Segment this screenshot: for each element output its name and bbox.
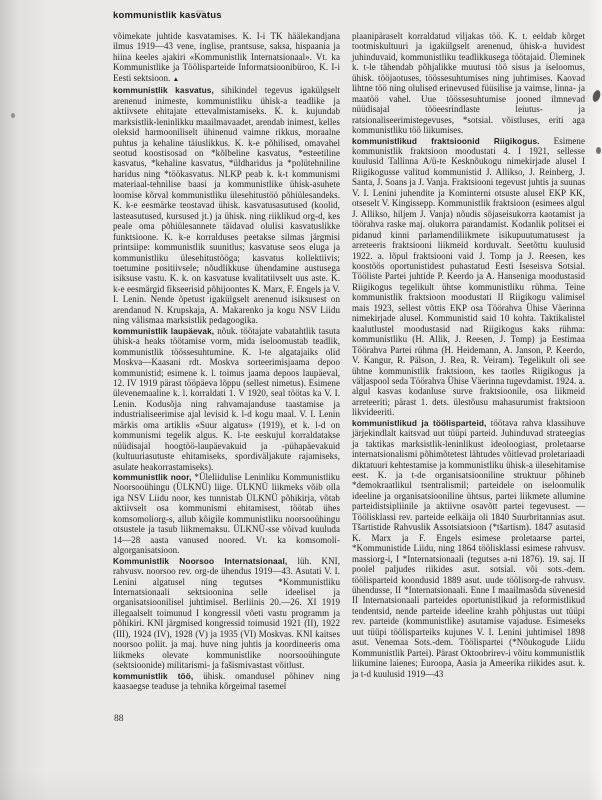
- entry-text: plaanipäraselt korraldatud viljakas töö.…: [352, 31, 585, 135]
- text-area: võimekate juhtide kasvatamises. K. I-i T…: [113, 31, 585, 721]
- entry-kommunistlik-kasvatus: kommunistlik kasvatus, sihikindel tegevu…: [113, 85, 340, 325]
- scan-speck: [596, 147, 601, 154]
- entry-term: kommunistlikud fraktsioonid Riigikogus.: [352, 136, 540, 146]
- running-head: kommunistlik kasvatus: [113, 10, 222, 21]
- column-right: plaanipäraselt korraldatud viljakas töö.…: [352, 31, 585, 721]
- entry-continuation-kommunistlik-internatsionaal: võimekate juhtide kasvatamises. K. I-i T…: [113, 31, 340, 85]
- entry-text: töötava rahva klassihuve järjekindlalt k…: [352, 418, 585, 679]
- entry-term: kommunistlik töö,: [113, 671, 193, 681]
- entry-term: kommunistlik kasvatus,: [113, 85, 214, 95]
- entry-term: kommunistlik noor,: [113, 472, 191, 482]
- entry-kommunistlik-noor: kommunistlik noor, *Üleliidulise Leninli…: [113, 472, 340, 556]
- entry-kommunistlik-laupaevak: kommunistlik laupäevak, nõuk. töötajate …: [113, 326, 340, 472]
- entry-continuation-kommunistlik-too: plaanipäraselt korraldatud viljakas töö.…: [352, 31, 585, 136]
- entry-kommunistlikud-fraktsioonid-riigikogus: kommunistlikud fraktsioonid Riigikogus. …: [352, 136, 585, 418]
- entry-kommunistlik-too: kommunistlik töö, ühisk. omandusel põhin…: [113, 671, 340, 692]
- entry-term: Kommunistlik Noorsoo Internatsionaal,: [113, 556, 287, 566]
- column-left: võimekate juhtide kasvatamises. K. I-i T…: [113, 31, 340, 721]
- scan-speck: [591, 89, 601, 103]
- entry-term: kommunistlikud ja töölisparteid,: [352, 418, 486, 428]
- entry-text: lüh. KNI, rahvusv. noorsoo rev. org-de ü…: [113, 556, 340, 671]
- scan-speck: [196, 10, 205, 13]
- entry-kommunistlikud-ja-toolisparteid: kommunistlikud ja töölisparteid, töötava…: [352, 418, 585, 679]
- entry-text: sihikindel tegevus igakülgselt arenenud …: [113, 85, 340, 325]
- article-end-mark: ▲: [173, 76, 179, 83]
- entry-term: kommunistlik laupäevak,: [113, 326, 214, 336]
- entry-text: Esimene kommunistlik fraktsioon moodusta…: [352, 136, 585, 418]
- scan-speck: [11, 113, 15, 118]
- entry-kommunistlik-noorsoo-internatsionaal: Kommunistlik Noorsoo Internatsionaal, lü…: [113, 556, 340, 671]
- page-number: 88: [114, 714, 124, 724]
- entry-text: *Üleliidulise Leninliku Kommunistliku No…: [113, 472, 340, 555]
- entry-text: nõuk. töötajate vabatahtlik tasuta ühisk…: [113, 326, 340, 472]
- entry-text: võimekate juhtide kasvatamises. K. I-i T…: [113, 31, 340, 83]
